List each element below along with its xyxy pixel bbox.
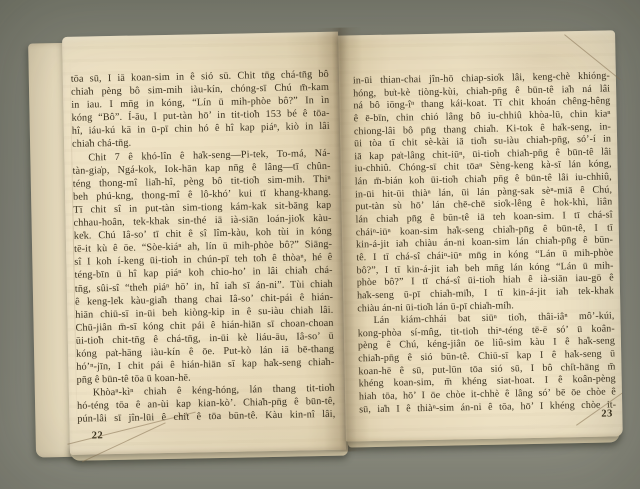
page-number-left: 22 <box>92 430 104 441</box>
left-page: tōa sū, I iā koan-sim in ê sió sū. Chit … <box>62 32 346 455</box>
right-page-text: in-ūi thian-chai jîn-hō chiap-sio̍k lâi,… <box>353 70 617 416</box>
open-book: til’cclstcéhyc 4 tōa sū, I iā koan-sim i… <box>22 18 622 465</box>
left-page-text: tōa sū, I iā koan-sim in ê sió sū. Chit … <box>71 68 336 426</box>
right-page: in-ūi thian-chai jîn-hō chiap-sio̍k lâi,… <box>338 30 623 441</box>
page-number-right: 23 <box>601 408 613 419</box>
book-photo: til’cclstcéhyc 4 tōa sū, I iā koan-sim i… <box>0 0 640 489</box>
